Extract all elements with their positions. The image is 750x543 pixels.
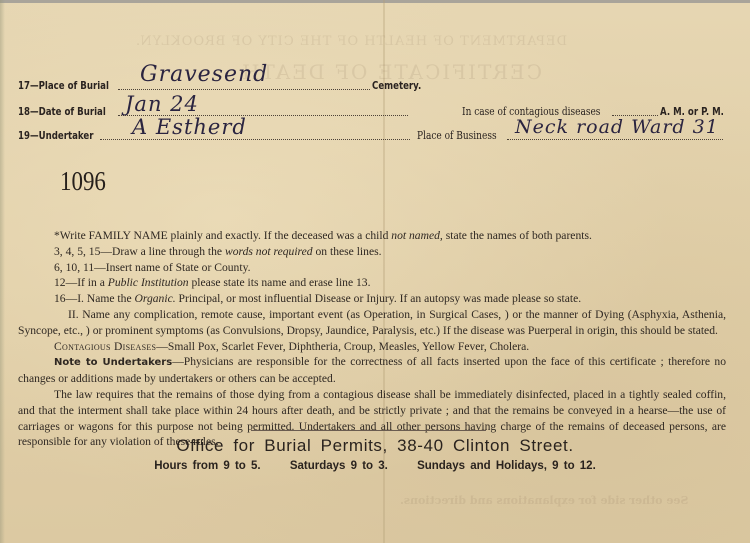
office-hours: Hours from 9 to 5. Saturdays 9 to 3. Sun…: [0, 460, 750, 472]
date-of-burial-label: 18—Date of Burial: [18, 106, 100, 118]
office-hours-sunday: Sundays and Holidays, 9 to 12.: [417, 460, 596, 472]
date-of-burial-value: Jan 24: [125, 92, 199, 116]
divider-rule: [251, 430, 486, 431]
cemetery-label: Cemetery.: [372, 80, 410, 92]
undertaker-value: A Estherd: [132, 115, 247, 139]
instruction-public-institution: 12—If in a Public Institution please sta…: [18, 275, 726, 291]
place-of-burial-value: Gravesend: [140, 62, 268, 87]
office-hours-saturday: Saturdays 9 to 3.: [290, 460, 388, 472]
undertaker-label: 19—Undertaker: [18, 130, 85, 142]
certificate-number: 1096: [60, 166, 106, 197]
instruction-organic-disease: 16—I. Name the Organic. Principal, or mo…: [18, 291, 726, 307]
instruction-state-county: 6, 10, 11—Insert name of State or County…: [18, 260, 726, 276]
undertaker-line: [100, 139, 410, 140]
place-of-business-label: Place of Business: [417, 129, 491, 142]
place-of-burial-label: 17—Place of Burial: [18, 80, 100, 92]
instruction-family-name: *Write FAMILY NAME plainly and exactly. …: [18, 228, 726, 244]
place-of-burial-line: [118, 89, 370, 90]
note-to-undertakers: Note to Undertakers—Physicians are respo…: [18, 354, 726, 387]
instructions-block: *Write FAMILY NAME plainly and exactly. …: [18, 228, 726, 450]
place-of-business-line: [507, 139, 723, 140]
instruction-complication: II. Name any complication, remote cause,…: [18, 307, 726, 339]
bleed-through-header: DEPARTMENT OF HEALTH OF THE CITY OF BROO…: [135, 34, 567, 49]
bleed-through-footer: See other side for explanations and dire…: [400, 494, 688, 507]
place-of-business-value: Neck road Ward 31: [515, 116, 719, 138]
instruction-draw-line: 3, 4, 5, 15—Draw a line through the word…: [18, 244, 726, 260]
office-title: Office for Burial Permits, 38-40 Clinton…: [0, 436, 750, 456]
office-hours-weekday: Hours from 9 to 5.: [154, 460, 260, 472]
contagious-diseases-list: Contagious Diseases—Small Pox, Scarlet F…: [18, 339, 726, 355]
